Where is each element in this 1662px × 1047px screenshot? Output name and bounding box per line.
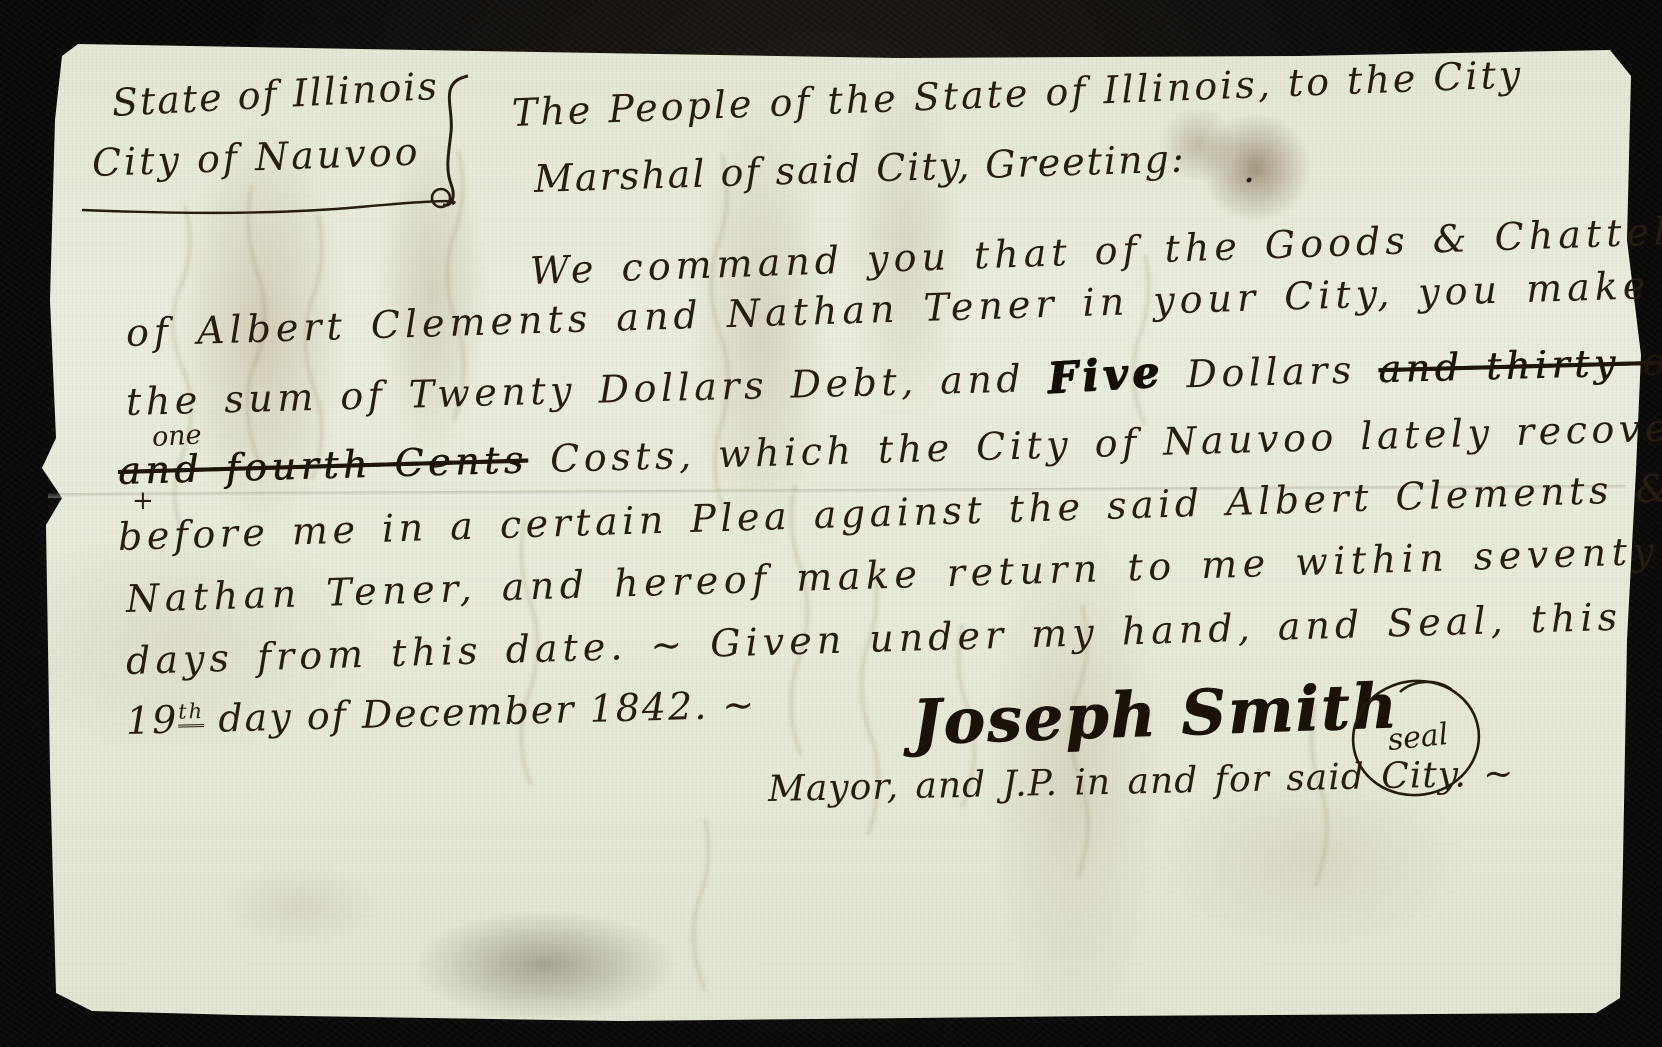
insertion-caret: +	[132, 488, 154, 514]
signature-joseph-smith: Joseph Smith	[911, 675, 1400, 754]
amount-overwritten-five: Five	[1046, 351, 1165, 401]
venue-city-line: City of Nauvoo	[91, 133, 421, 182]
struck-thirty-one: and thirty one	[1378, 338, 1662, 391]
date-ordinal: th	[178, 699, 205, 728]
date-day: 19	[125, 698, 178, 743]
amount-dollars-text: Dollars	[1163, 347, 1379, 397]
stray-period: .	[1243, 150, 1255, 188]
photograph-of-document: State of Illinois City of Nauvoo The Peo…	[0, 0, 1662, 1047]
